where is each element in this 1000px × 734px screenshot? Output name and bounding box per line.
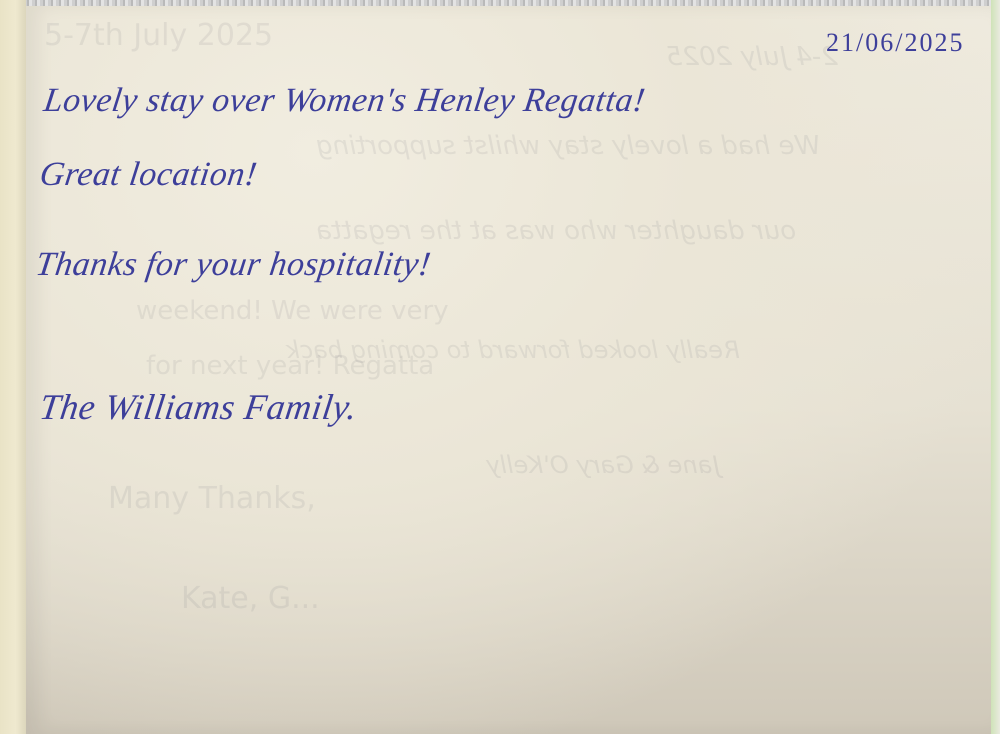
ghost-mirrored-line-2: our daughter who was at the regatta [316, 216, 796, 246]
ghost-mirrored-signature: Jane & Gary O'Kelly [486, 451, 719, 479]
ghost-mirrored-line-1: We had a lovely stay whilst supporting [316, 131, 820, 161]
ghost-mirrored-line-3: weekend! We were very [136, 296, 449, 326]
entry-line-thanks: Thanks for your hospitality! [33, 246, 433, 284]
ghost-many-thanks: Many Thanks, [108, 481, 316, 516]
entry-date: 21/06/2025 [826, 28, 964, 58]
ghost-date: 5-7th July 2025 [44, 18, 273, 53]
entry-line-lovely-stay: Lovely stay over Women's Henley Regatta! [41, 82, 647, 120]
right-edge [991, 0, 1000, 734]
ghost-name: Kate, G... [181, 581, 320, 616]
ghost-mirrored-line-5: for next year! Regatta [146, 351, 434, 381]
ghost-mirrored-date: 2-4 July 2025 [666, 42, 838, 72]
entry-signature: The Williams Family. [37, 386, 360, 428]
entry-line-great-location: Great location! [37, 156, 259, 194]
facing-page-edge [0, 0, 26, 734]
guestbook-page: 5-7th July 2025 2-4 July 2025 We had a l… [26, 6, 991, 734]
